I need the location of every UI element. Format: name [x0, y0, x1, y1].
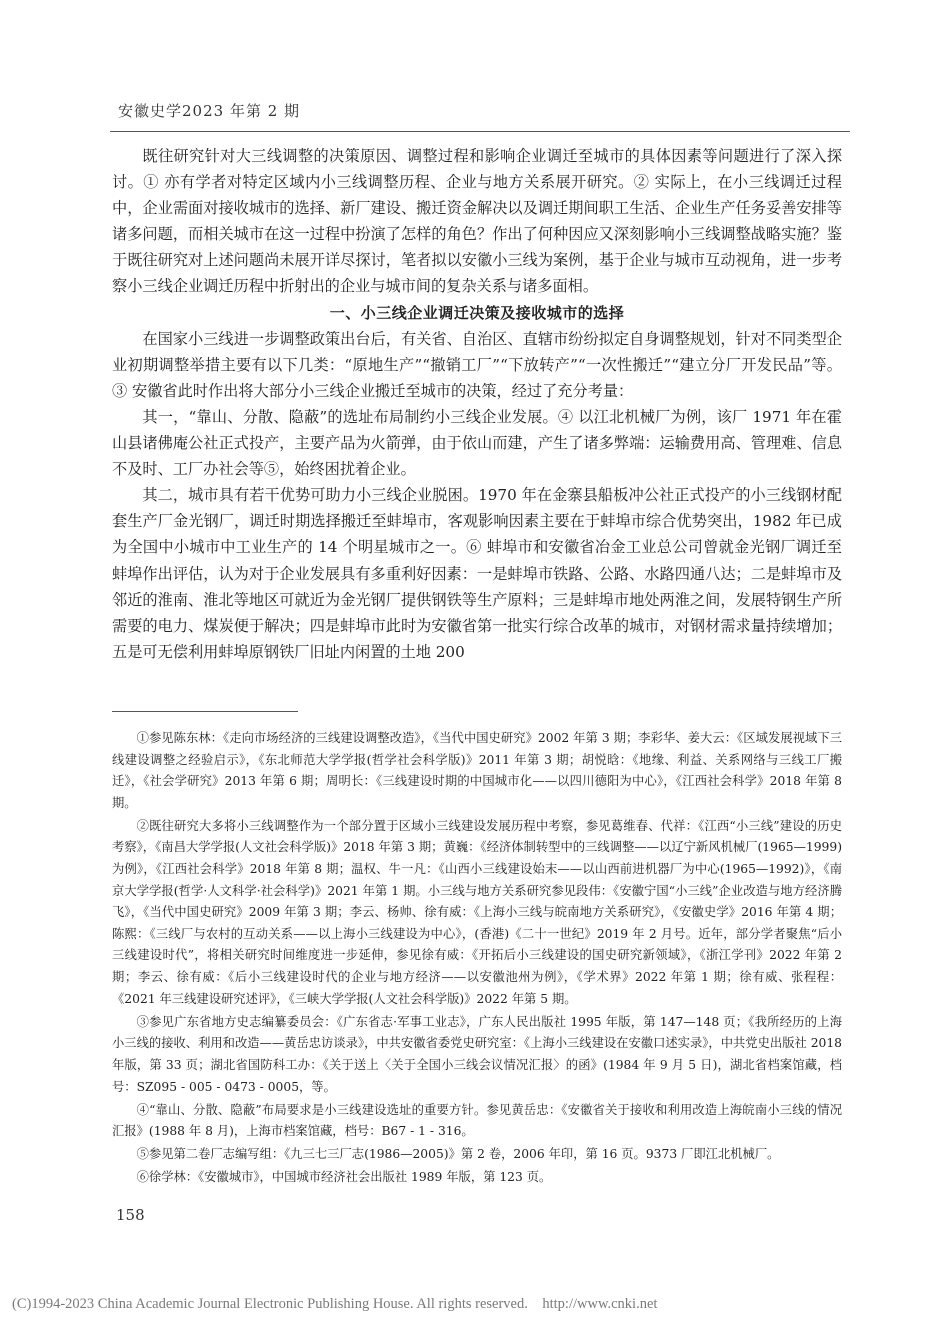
footnotes: ①参见陈东林：《走向市场经济的三线建设调整改造》，《当代中国史研究》2002 年…: [112, 728, 842, 1190]
main-text: 既往研究针对大三线调整的决策原因、调整过程和影响企业调迁至城市的具体因素等问题进…: [112, 143, 842, 665]
section-heading: 一、小三线企业调迁决策及接收城市的选择: [112, 300, 842, 326]
footnote-3: ③参见广东省地方史志编纂委员会：《广东省志·军事工业志》，广东人民出版社 199…: [112, 1012, 842, 1098]
paragraph: 在国家小三线进一步调整政策出台后，有关省、自治区、直辖市纷纷拟定自身调整规划，针…: [112, 326, 842, 404]
page-number: 158: [116, 1206, 145, 1224]
footnote-1: ①参见陈东林：《走向市场经济的三线建设调整改造》，《当代中国史研究》2002 年…: [112, 728, 842, 814]
paragraph: 其二，城市具有若干优势可助力小三线企业脱困。1970 年在金寨县船板冲公社正式投…: [112, 482, 842, 665]
footnote-6: ⑥徐学林：《安徽城市》，中国城市经济社会出版社 1989 年版，第 123 页。: [112, 1167, 842, 1189]
header-divider: [110, 131, 850, 132]
footnote-divider: [112, 711, 298, 712]
running-header: 安徽史学2023 年第 2 期: [118, 100, 300, 121]
footnote-2: ②既往研究大多将小三线调整作为一个部分置于区域小三线建设发展历程中考察，参见葛维…: [112, 816, 842, 1010]
paragraph: 其一，“靠山、分散、隐蔽”的选址布局制约小三线企业发展。④ 以江北机械厂为例，该…: [112, 404, 842, 482]
footnote-5: ⑤参见第二卷厂志编写组：《九三七三厂志(1986—2005)》第 2 卷，200…: [112, 1144, 842, 1166]
footnote-4: ④“靠山、分散、隐蔽”布局要求是小三线建设选址的重要方针。参见黄岳忠：《安徽省关…: [112, 1100, 842, 1143]
paragraph: 既往研究针对大三线调整的决策原因、调整过程和影响企业调迁至城市的具体因素等问题进…: [112, 143, 842, 300]
copyright-notice: (C)1994-2023 China Academic Journal Elec…: [12, 1296, 657, 1313]
